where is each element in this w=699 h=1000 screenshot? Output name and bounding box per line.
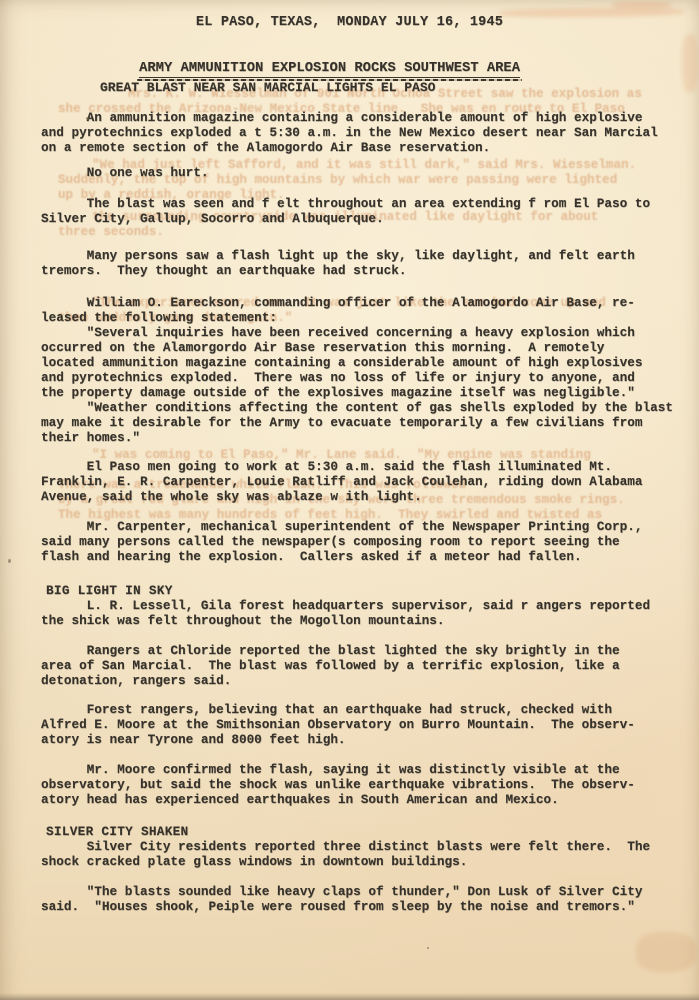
- paragraph: "Several inquiries have been received co…: [41, 325, 643, 400]
- paragraph: The blast was seen and f elt throughout …: [41, 196, 650, 226]
- paragraph: An ammunition magazine containing a cons…: [41, 110, 658, 155]
- scanned-page: Mrs. K. W. Wiesselman of 901 North Ochoa…: [0, 0, 699, 1000]
- paragraph: No one was hurt.: [41, 165, 209, 180]
- paragraph: L. R. Lessell, Gila forest headquarters …: [41, 598, 650, 628]
- document-body: An ammunition magazine containing a cons…: [0, 0, 699, 1000]
- paragraph: "Weather conditions affecting the conten…: [41, 400, 673, 445]
- paragraph: Mr. Moore confirmed the flash, saying it…: [41, 762, 635, 807]
- paragraph: Forest rangers, believing that an earthq…: [41, 702, 635, 747]
- paragraph: Rangers at Chloride reported the blast l…: [41, 643, 620, 688]
- paragraph: El Paso men going to work at 5:30 a.m. s…: [41, 459, 643, 504]
- paragraph: "The blasts sounded like heavy claps of …: [41, 884, 643, 914]
- paragraph: Silver City residents reported three dis…: [41, 839, 650, 869]
- section-heading: BIG LIGHT IN SKY: [46, 583, 173, 598]
- paragraph: Many persons saw a flash light up the sk…: [41, 248, 635, 278]
- paragraph: William O. Eareckson, commanding officer…: [41, 295, 635, 325]
- paragraph: Mr. Carpenter, mechanical superintendent…: [41, 519, 643, 564]
- section-heading: SILVER CITY SHAKEN: [46, 824, 188, 839]
